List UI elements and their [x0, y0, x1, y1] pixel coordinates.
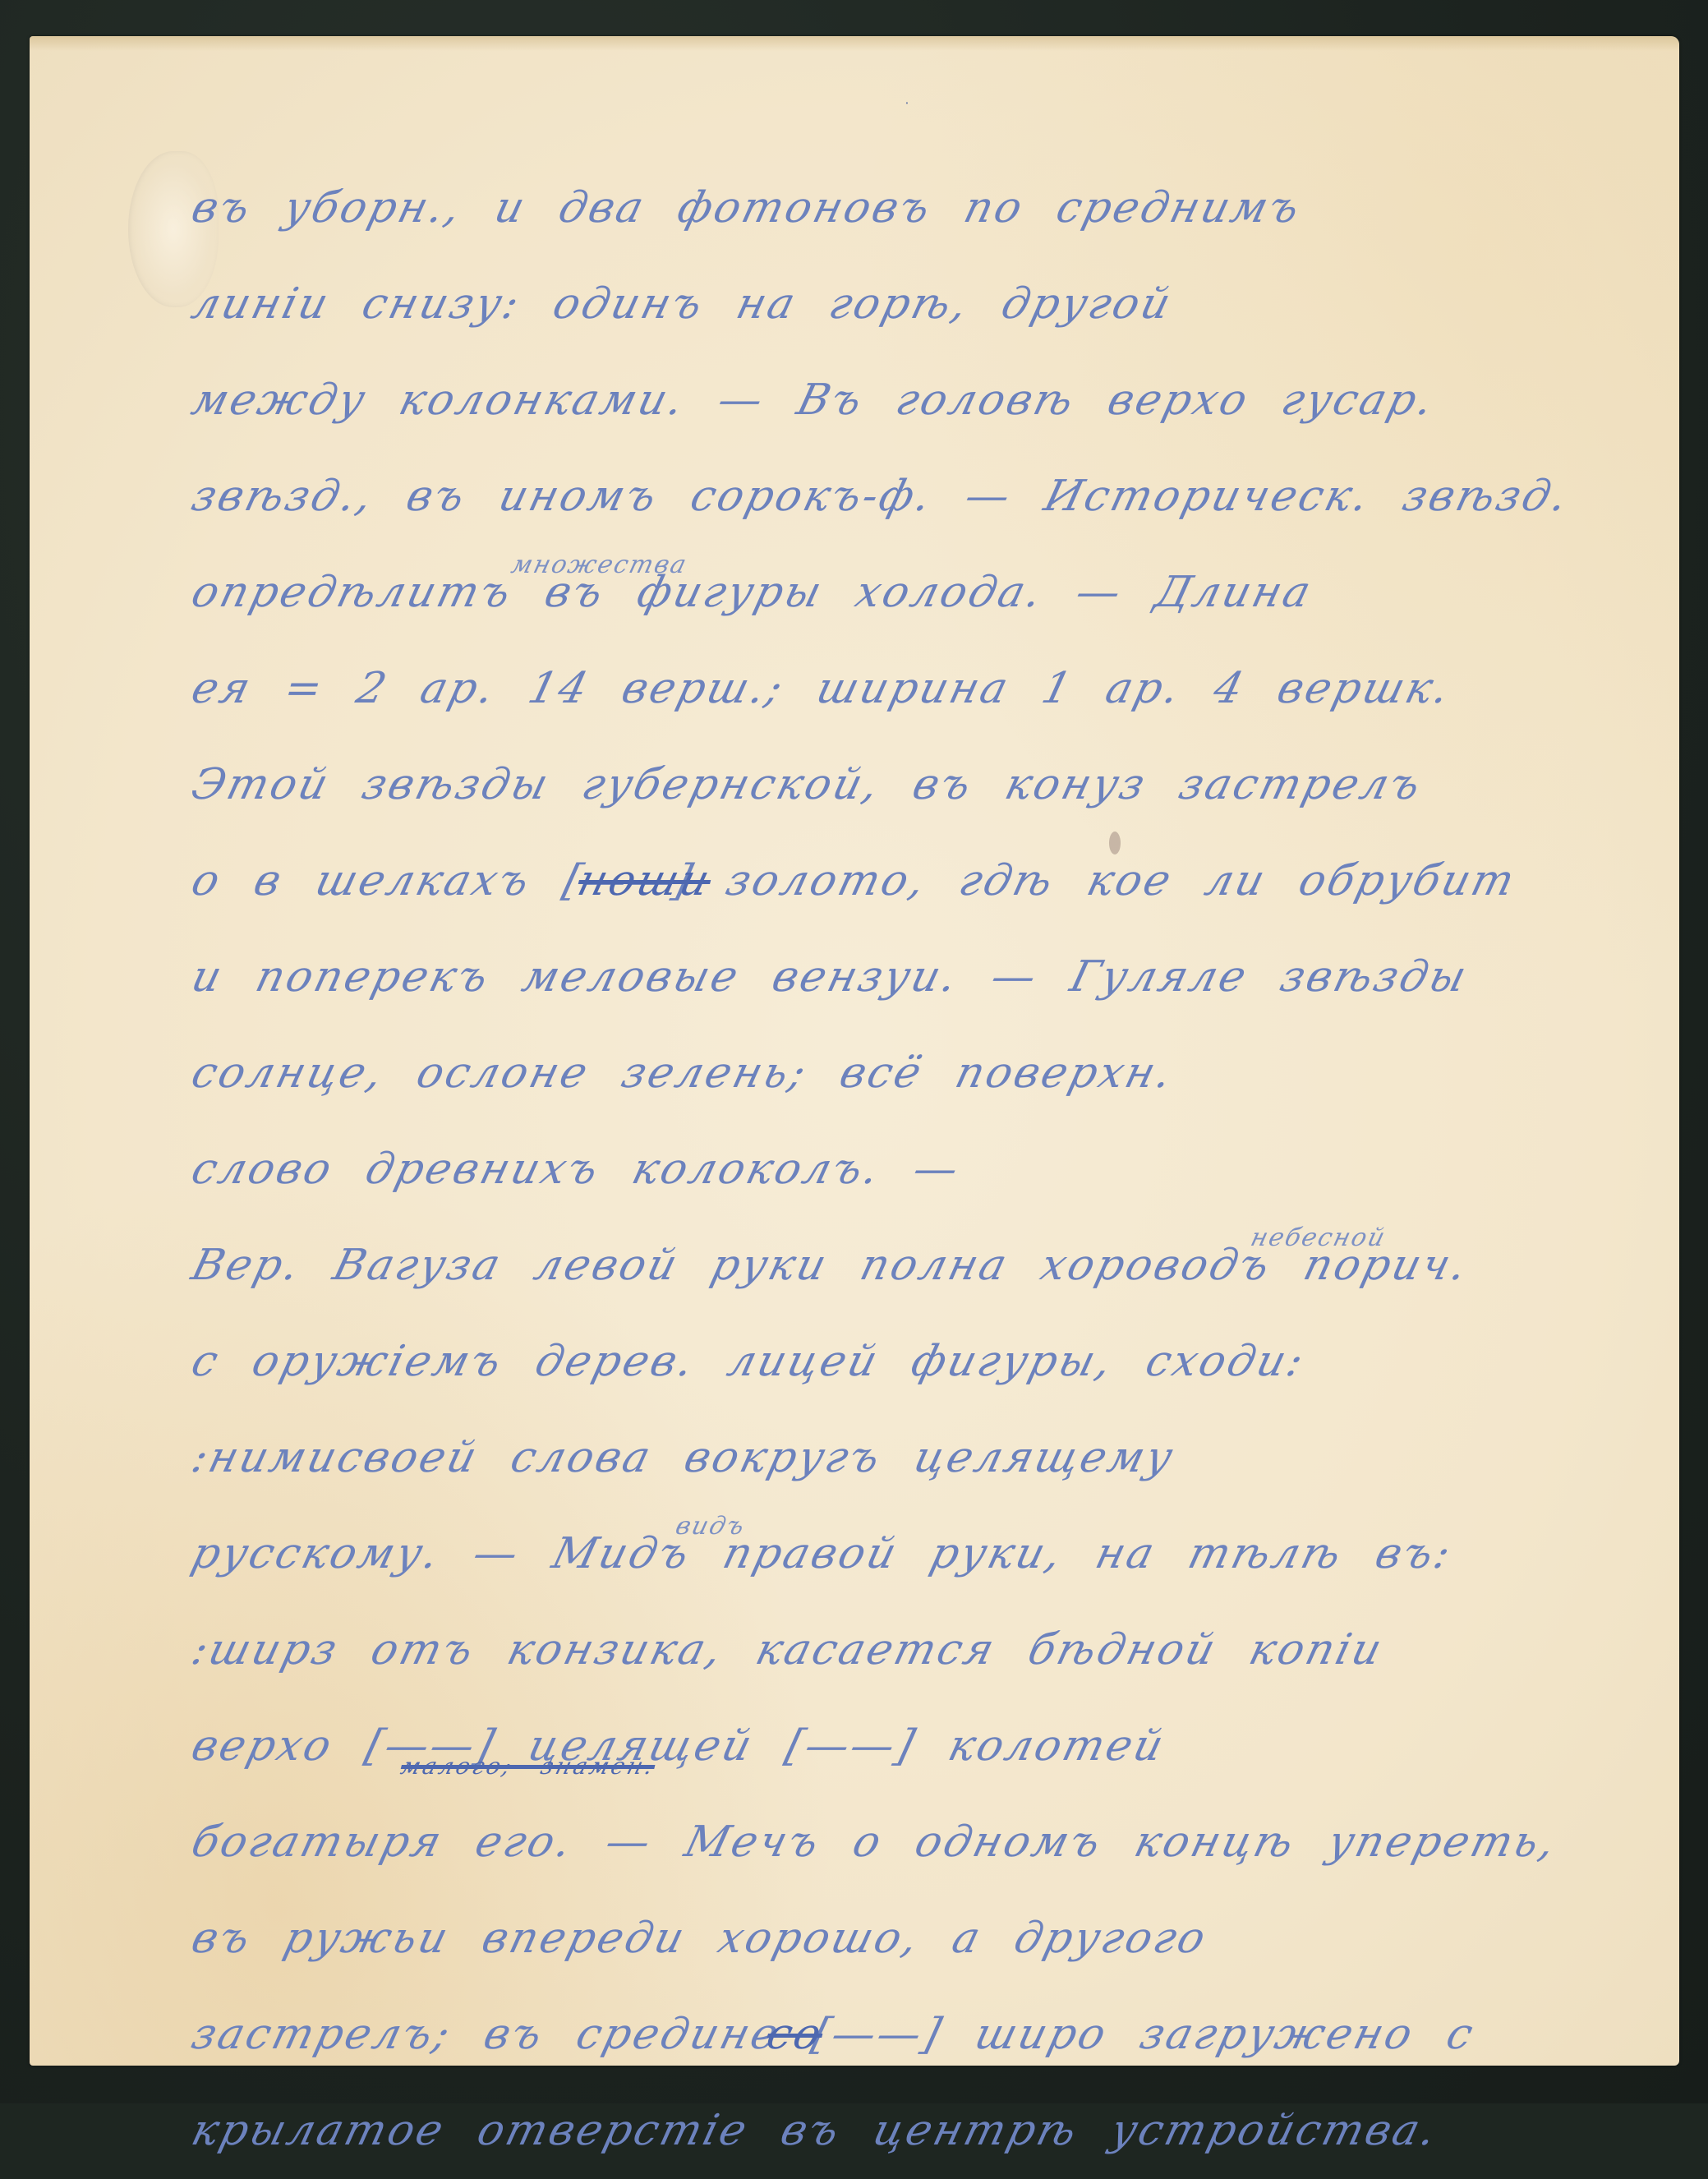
manuscript-line-14: :нимисвоей слова вокругъ целящему	[181, 1410, 1683, 1506]
manuscript-line-12: небесной Вер. Вагуза левой руки полна хо…	[181, 1218, 1683, 1314]
interlinear-insertion: небесной	[1239, 1190, 1397, 1286]
struck-word: ноши	[567, 833, 722, 929]
manuscript-line-16: :ширз отъ конзика, касается бѣдной копіи	[181, 1602, 1683, 1698]
manuscript-line-19: въ ружьи впереди хорошо, а другого	[181, 1891, 1683, 1987]
manuscript-line-8: о в шелкахъ [——] золото, гдѣ кое ли обру…	[181, 833, 1683, 929]
manuscript-line-11: слово древнихъ колоколъ. —	[181, 1122, 1683, 1218]
manuscript-line-5: множества опредѣлитъ въ фигуры холода. —…	[181, 545, 1683, 641]
manuscript-line-20: застрелъ; въ средине [——] широ загружено…	[181, 1987, 1683, 2083]
manuscript-line-9: и поперекъ меловые вензуи. — Гуляле звѣз…	[181, 929, 1683, 1025]
manuscript-line-7: Этой звѣзды губернской, въ конуз застрел…	[181, 737, 1683, 833]
manuscript-line-13: с оружіемъ дерев. лицей фигуры, сходи:	[181, 1314, 1683, 1410]
top-ink-mark: ॱ	[905, 97, 909, 117]
manuscript-line-21: крылатое отверстіе въ центрѣ устройства.	[181, 2083, 1683, 2103]
manuscript-line-1: въ уборн., и два фотоновъ по среднимъ	[181, 160, 1683, 256]
manuscript-line-10: солнце, ослоне зелень; всё поверхн.	[181, 1025, 1683, 1122]
interlinear-insertion: множества	[500, 517, 698, 613]
manuscript-line-17: верхо [——] целящей [——] колотей малого; …	[181, 1698, 1683, 1794]
manuscript-line-18: богатыря его. — Мечъ о одномъ концѣ упер…	[181, 1794, 1683, 1891]
manuscript-line-6: ея = 2 ар. 14 верш.; ширина 1 ар. 4 верш…	[181, 641, 1683, 737]
manuscript-line-3: между колонками. — Въ головѣ верхо гусар…	[181, 352, 1683, 449]
manuscript-line-2: линіи снизу: одинъ на горѣ, другой	[181, 256, 1683, 352]
manuscript-line-4: звѣзд., въ иномъ сорокъ-ф. — Историческ.…	[181, 449, 1683, 545]
manuscript-line-15: видъ русскому. — Мидъ правой руки, на тѣ…	[181, 1506, 1683, 1602]
handwritten-text-block: въ уборн., и два фотоновъ по среднимъ ли…	[181, 160, 1660, 2103]
